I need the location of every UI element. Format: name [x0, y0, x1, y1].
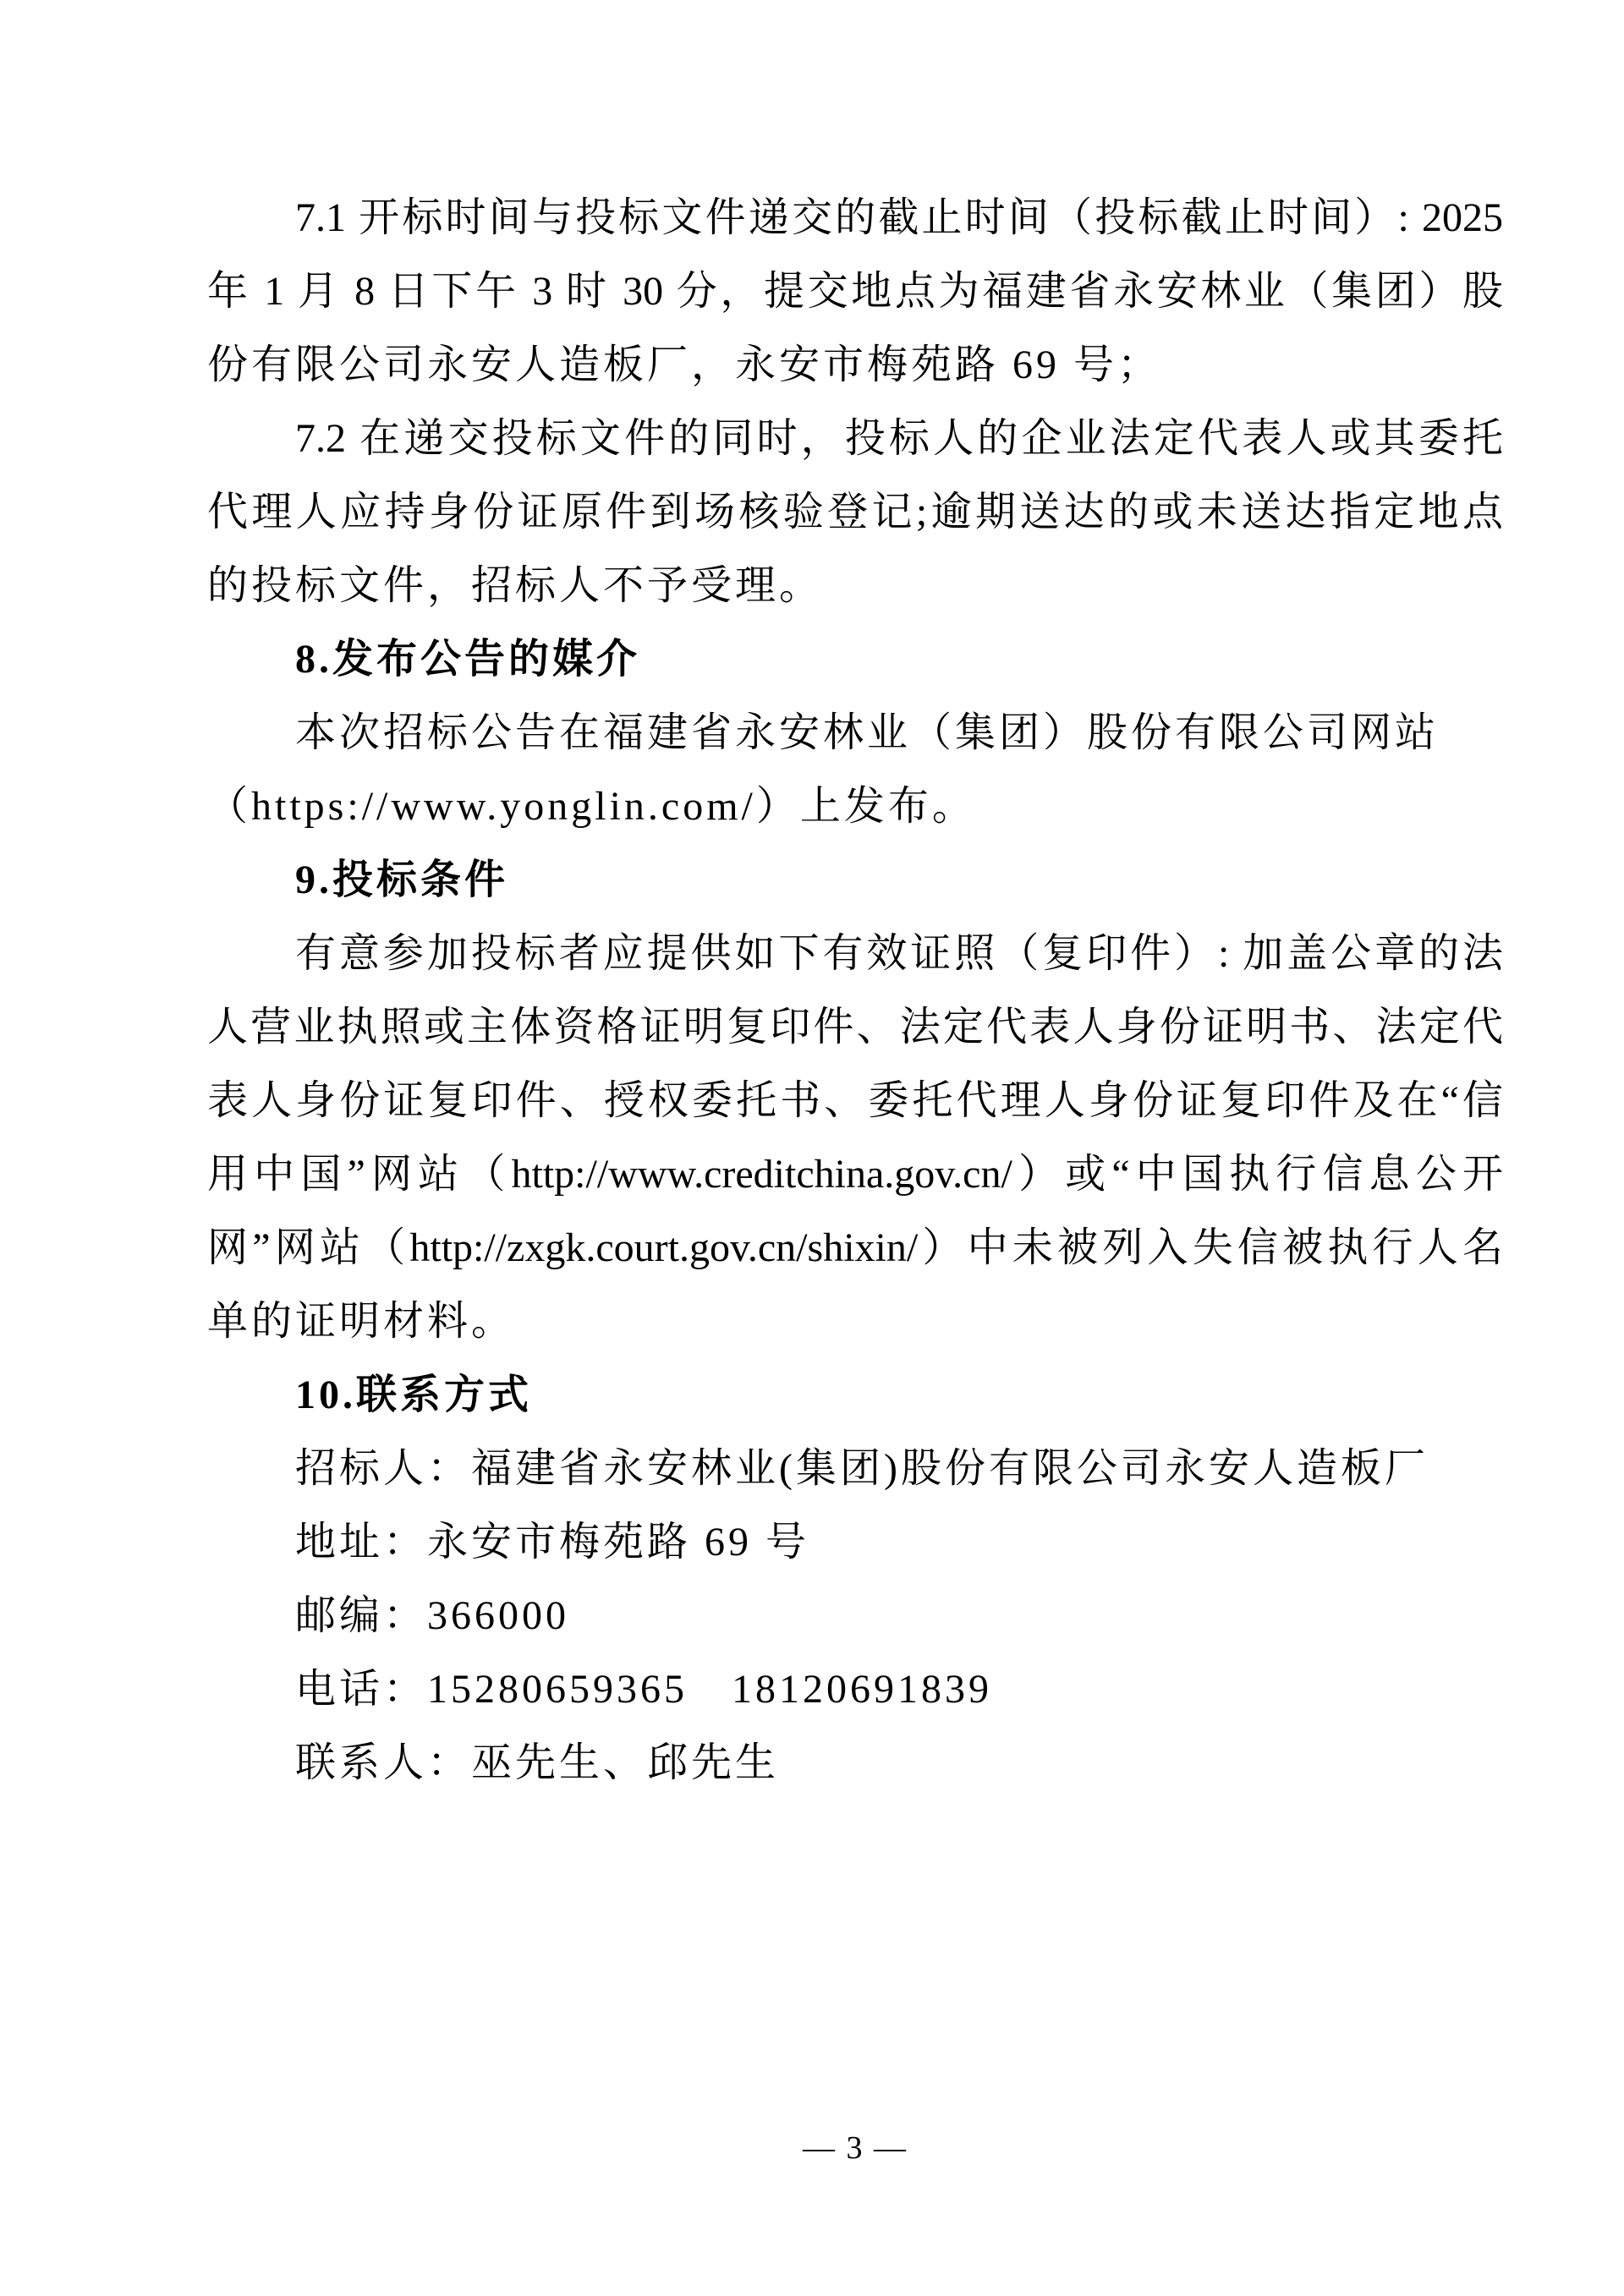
document-page: 7.1 开标时间与投标文件递交的截止时间（投标截止时间）: 2025年 1 月 … — [0, 0, 1624, 2296]
document-line: 7.1 开标时间与投标文件递交的截止时间（投标截止时间）: 2025 — [207, 181, 1503, 255]
document-line: 9.投标条件 — [207, 843, 1503, 917]
page-footer: — 3 — — [207, 2124, 1503, 2172]
heading-8: 8.发布公告的媒介 — [207, 622, 1503, 696]
heading-10: 10.联系方式 — [207, 1358, 1503, 1432]
document-line: 份有限公司永安人造板厂，永安市梅苑路 69 号； — [207, 328, 1503, 402]
document-line: 8.发布公告的媒介 — [207, 622, 1503, 696]
paragraph-8: 本次招标公告在福建省永安林业（集团）股份有限公司网站（https://www.y… — [207, 696, 1503, 843]
paragraph-9: 有意参加投标者应提供如下有效证照（复印件）: 加盖公章的法人营业执照或主体资格证… — [207, 917, 1503, 1358]
document-line: 的投标文件，招标人不予受理。 — [207, 549, 1503, 622]
document-line: 年 1 月 8 日下午 3 时 30 分，提交地点为福建省永安林业（集团）股 — [207, 255, 1503, 328]
document-line: 联系人：巫先生、邱先生 — [207, 1726, 1503, 1800]
document-line: 10.联系方式 — [207, 1358, 1503, 1432]
document-line: 地址：永安市梅苑路 69 号 — [207, 1505, 1503, 1579]
page-number: — 3 — — [803, 2130, 908, 2166]
paragraph-7-2: 7.2 在递交投标文件的同时，投标人的企业法定代表人或其委托代理人应持身份证原件… — [207, 402, 1503, 622]
document-line: 7.2 在递交投标文件的同时，投标人的企业法定代表人或其委托 — [207, 402, 1503, 475]
document-line: 邮编：366000 — [207, 1579, 1503, 1652]
document-line: 本次招标公告在福建省永安林业（集团）股份有限公司网站 — [207, 696, 1503, 770]
document-line: 有意参加投标者应提供如下有效证照（复印件）: 加盖公章的法 — [207, 917, 1503, 990]
document-line: 网”网站（http://zxgk.court.gov.cn/shixin/）中未… — [207, 1211, 1503, 1285]
document-line: （https://www.yonglin.com/）上发布。 — [207, 770, 1503, 843]
contact-info: 招标人：福建省永安林业(集团)股份有限公司永安人造板厂地址：永安市梅苑路 69 … — [207, 1432, 1503, 1800]
document-line: 用中国”网站（http://www.creditchina.gov.cn/）或“… — [207, 1137, 1503, 1211]
heading-9: 9.投标条件 — [207, 843, 1503, 917]
document-line: 人营业执照或主体资格证明复印件、法定代表人身份证明书、法定代 — [207, 990, 1503, 1064]
paragraph-7-1: 7.1 开标时间与投标文件递交的截止时间（投标截止时间）: 2025年 1 月 … — [207, 181, 1503, 402]
document-content: 7.1 开标时间与投标文件递交的截止时间（投标截止时间）: 2025年 1 月 … — [207, 181, 1503, 1800]
document-line: 招标人：福建省永安林业(集团)股份有限公司永安人造板厂 — [207, 1432, 1503, 1505]
document-line: 表人身份证复印件、授权委托书、委托代理人身份证复印件及在“信 — [207, 1064, 1503, 1137]
document-line: 电话：15280659365 18120691839 — [207, 1652, 1503, 1726]
document-line: 代理人应持身份证原件到场核验登记;逾期送达的或未送达指定地点 — [207, 475, 1503, 549]
document-line: 单的证明材料。 — [207, 1285, 1503, 1358]
